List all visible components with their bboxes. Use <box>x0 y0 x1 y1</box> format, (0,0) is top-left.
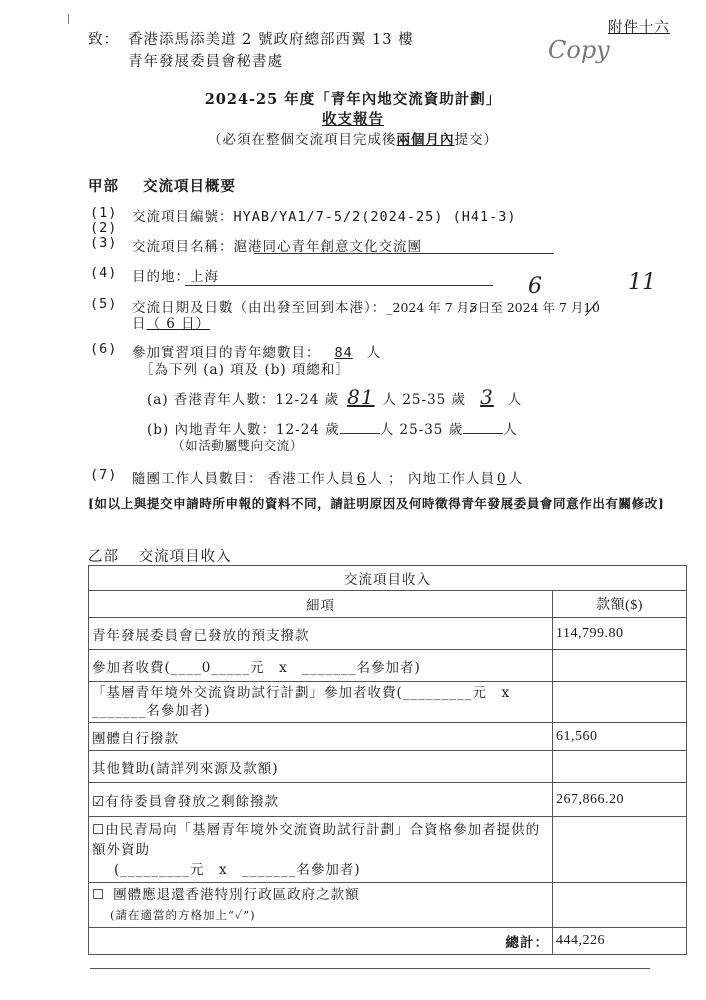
item-6a-unit: 人 <box>508 392 523 408</box>
part-a-heading: 甲部 交流項目概要 <box>88 175 236 196</box>
address-line-2: 青年發展委員會秘書處 <box>128 50 283 71</box>
total-row: 總計： 444,226 <box>89 928 687 955</box>
item-6b-note: （如活動屬雙向交流） <box>172 436 303 454</box>
row-amount: 61,560 <box>553 723 687 751</box>
item-6a-age-25-35-value: 3 <box>466 385 508 409</box>
table-row: ☐由民青局向「基層青年境外交流資助試行計劃」合資格參加者提供的額外資助(____… <box>89 817 687 883</box>
item-7-staff: 隨團工作人員數目： 香港工作人員6人 ； 內地工作人員0人 <box>132 467 523 487</box>
address-line-1: 香港添馬添美道 2 號政府總部西翼 13 樓 <box>128 28 414 49</box>
item-3-underline <box>254 253 554 254</box>
report-subtitle: 收支報告 <box>0 108 706 129</box>
report-title: 2024-25 年度「青年內地交流資助計劃」 <box>0 88 706 109</box>
row-amount <box>553 883 687 928</box>
column-header-detail: 細項 <box>89 591 553 618</box>
row-detail: 團體自行撥款 <box>89 723 553 751</box>
submission-deadline-note: （必須在整個交流項目完成後兩個月內提交） <box>0 128 706 148</box>
item-6-unit: 人 <box>367 345 382 361</box>
row-amount: 114,799.80 <box>553 618 687 650</box>
item-1-project-code: 交流項目編號：HYAB/YA1/7-5/2(2024-25) (H41-3) <box>132 205 516 225</box>
table-row: 其他贊助(請詳列來源及款額) <box>89 751 687 783</box>
row-amount: 267,866.20 <box>553 783 687 817</box>
item-7-label: 隨團工作人員數目： 香港工作人員 <box>132 471 355 487</box>
row-detail: 「基層青年境外交流資助試行計劃」參加者收費(_________元 x _____… <box>89 682 553 723</box>
table-row: 青年發展委員會已發放的預支撥款 114,799.80 <box>89 618 687 650</box>
item-1-label: 交流項目編號： <box>132 209 234 225</box>
row-detail: 參加者收費(____0_____元 x _______名參加者) <box>89 650 553 682</box>
deadline-emphasis: 兩個月內 <box>397 132 455 148</box>
footer-divider <box>90 968 650 969</box>
row-detail: 團體應退還香港特別行政區政府之款額 <box>113 887 360 903</box>
row-detail: 有待委員會發放之剩餘撥款 <box>105 794 279 810</box>
table-row: 「基層青年境外交流資助試行計劃」參加者收費(_________元 x _____… <box>89 682 687 723</box>
item-5-end-date: 日至 2024 年 7 月 <box>478 300 584 315</box>
item-7-number: (7) <box>90 467 117 483</box>
income-table-title: 交流項目收入 <box>89 566 687 591</box>
income-table: 交流項目收入 細項 款額($) 青年發展委員會已發放的預支撥款 114,799.… <box>88 565 687 955</box>
part-a-label: 甲部 <box>88 178 119 195</box>
table-row: 參加者收費(____0_____元 x _______名參加者) <box>89 650 687 682</box>
row-detail-note: (請在適當的方格加上“✓”) <box>92 908 256 922</box>
item-6a-age-12-24-value: 81 <box>339 385 382 409</box>
part-b-label: 乙部 <box>88 549 119 565</box>
part-b-title: 交流項目收入 <box>139 549 232 565</box>
row-amount <box>553 817 687 883</box>
row-amount <box>553 650 687 682</box>
deadline-prefix: （必須在整個交流項目完成後 <box>208 132 397 148</box>
to-label: 致： <box>88 28 119 49</box>
total-value: 444,226 <box>553 928 687 955</box>
item-5-duration: 日（ 6 日） <box>132 312 210 332</box>
item-6a-hk-youth: (a) 香港青年人數：12-24 歲81人 25-35 歲3人 <box>147 385 522 409</box>
item-4-label: 目的地： <box>132 269 190 285</box>
item-1-value: HYAB/YA1/7-5/2(2024-25) (H41-3) <box>234 209 517 225</box>
item-5-days-value: （ 6 日） <box>147 316 211 332</box>
item-6b-age-12-24-value <box>340 433 380 434</box>
amendment-notice: [如以上與提交申請時所申報的資料不同，請註明原因及何時徵得青年發展委員會同意作出… <box>88 494 688 513</box>
item-6-note: ［為下列 (a) 項及 (b) 項總和］ <box>140 358 350 378</box>
row-detail: 其他贊助(請詳列來源及款額) <box>89 751 553 783</box>
item-6b-mainland-youth: (b) 內地青年人數：12-24 歲人 25-35 歲人 <box>147 418 518 438</box>
item-6-number: (6) <box>90 341 117 357</box>
item-5-start-day-struck: 5 <box>469 300 478 315</box>
item-6b-unit: 人 <box>503 422 518 438</box>
table-row: 團體自行撥款 61,560 <box>89 723 687 751</box>
item-7-unit: 人 <box>509 471 524 487</box>
item-6b-age-25-35-value <box>463 433 503 434</box>
item-3-project-name: 交流項目名稱：滬港同心青年創意文化交流團 <box>132 235 422 255</box>
item-1-number: (1) <box>90 205 117 221</box>
item-4-number: (4) <box>90 265 117 281</box>
table-row: ☑有待委員會發放之剩餘撥款 267,866.20 <box>89 783 687 817</box>
checkbox-unchecked[interactable]: ☐ <box>92 822 105 838</box>
annex-label: 附件十六 <box>608 16 670 37</box>
item-6a-mid-label: 人 25-35 歲 <box>383 392 467 408</box>
handwritten-copy-note: Copy <box>548 36 610 64</box>
column-header-amount: 款額($) <box>553 591 687 618</box>
row-detail: 由民青局向「基層青年境外交流資助試行計劃」合資格參加者提供的額外資助 <box>92 822 540 858</box>
row-detail-line2: (_________元 x _______名參加者) <box>92 862 361 878</box>
row-detail: 青年發展委員會已發放的預支撥款 <box>89 618 553 650</box>
item-7-hk-staff-value: 6 <box>355 471 369 487</box>
deadline-suffix: 提交） <box>455 132 499 148</box>
total-label: 總計： <box>89 928 553 955</box>
item-4-value: 上海 <box>190 269 219 285</box>
part-b-heading: 乙部 交流項目收入 <box>88 545 232 566</box>
item-5-day-unit: 日 <box>132 316 147 332</box>
row-amount <box>553 751 687 783</box>
checkbox-checked[interactable]: ☑ <box>92 794 105 810</box>
checkbox-unchecked[interactable]: ☐ <box>92 887 105 903</box>
item-3-number: (3) <box>90 235 117 251</box>
item-3-label: 交流項目名稱： <box>132 239 234 255</box>
item-2-number: (2) <box>90 220 117 236</box>
table-row: ☐團體應退還香港特別行政區政府之款額(請在適當的方格加上“✓”) <box>89 883 687 928</box>
scan-mark <box>68 14 71 24</box>
item-6b-mid-label: 人 25-35 歲 <box>380 422 464 438</box>
row-amount <box>553 682 687 723</box>
item-4-destination: 目的地：上海 <box>132 265 219 285</box>
item-5-start-date: _2024 年 7 月 <box>386 300 469 315</box>
handwritten-end-day: 11 <box>628 270 656 295</box>
item-5-number: (5) <box>90 296 117 312</box>
part-a-title: 交流項目概要 <box>143 178 236 195</box>
item-4-underline <box>185 285 493 286</box>
item-7-mid-label: 人 ； 內地工作人員 <box>368 471 495 487</box>
item-5-end-day-struck: 10 <box>583 300 600 315</box>
item-6a-label: (a) 香港青年人數：12-24 歲 <box>147 392 339 408</box>
item-7-mainland-staff-value: 0 <box>495 471 509 487</box>
